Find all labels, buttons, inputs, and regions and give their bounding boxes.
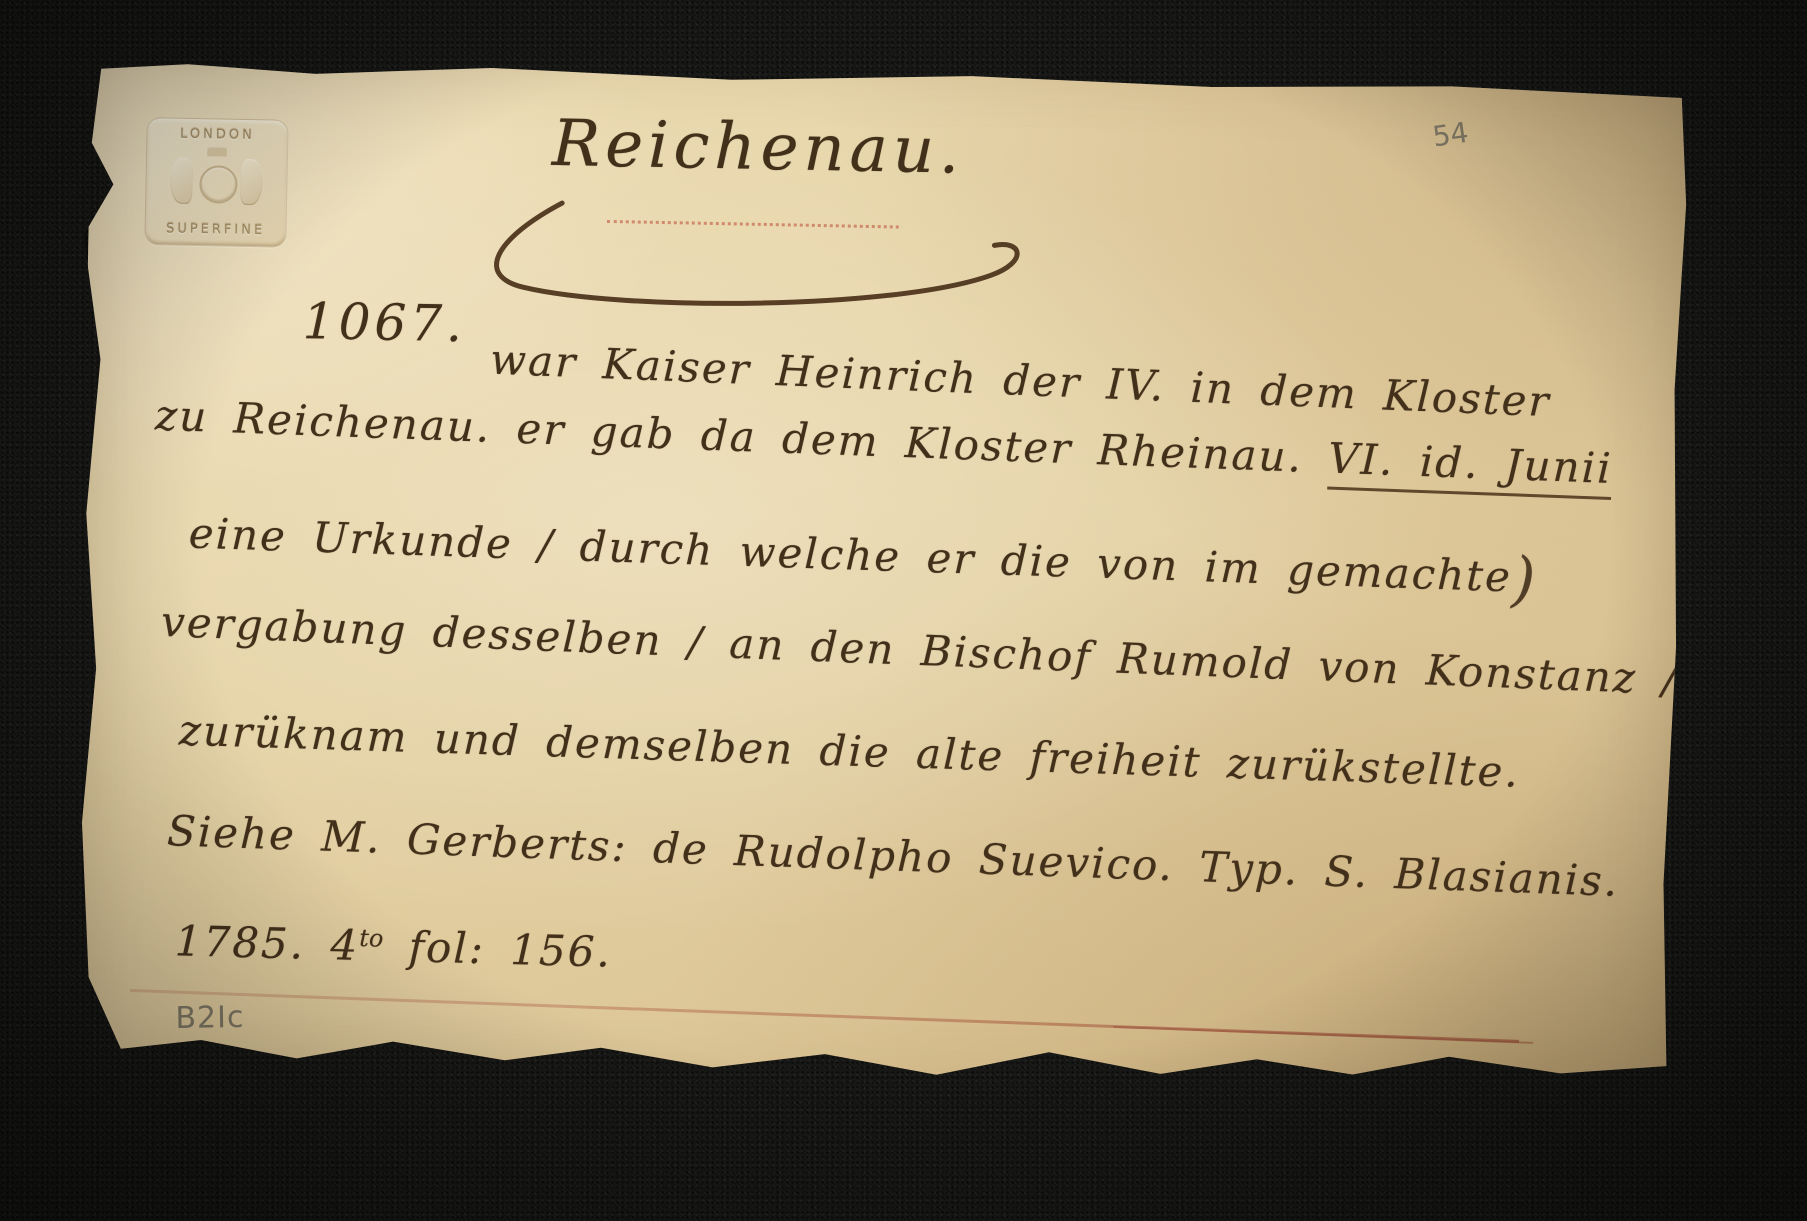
photo-vignette	[0, 0, 1807, 1221]
